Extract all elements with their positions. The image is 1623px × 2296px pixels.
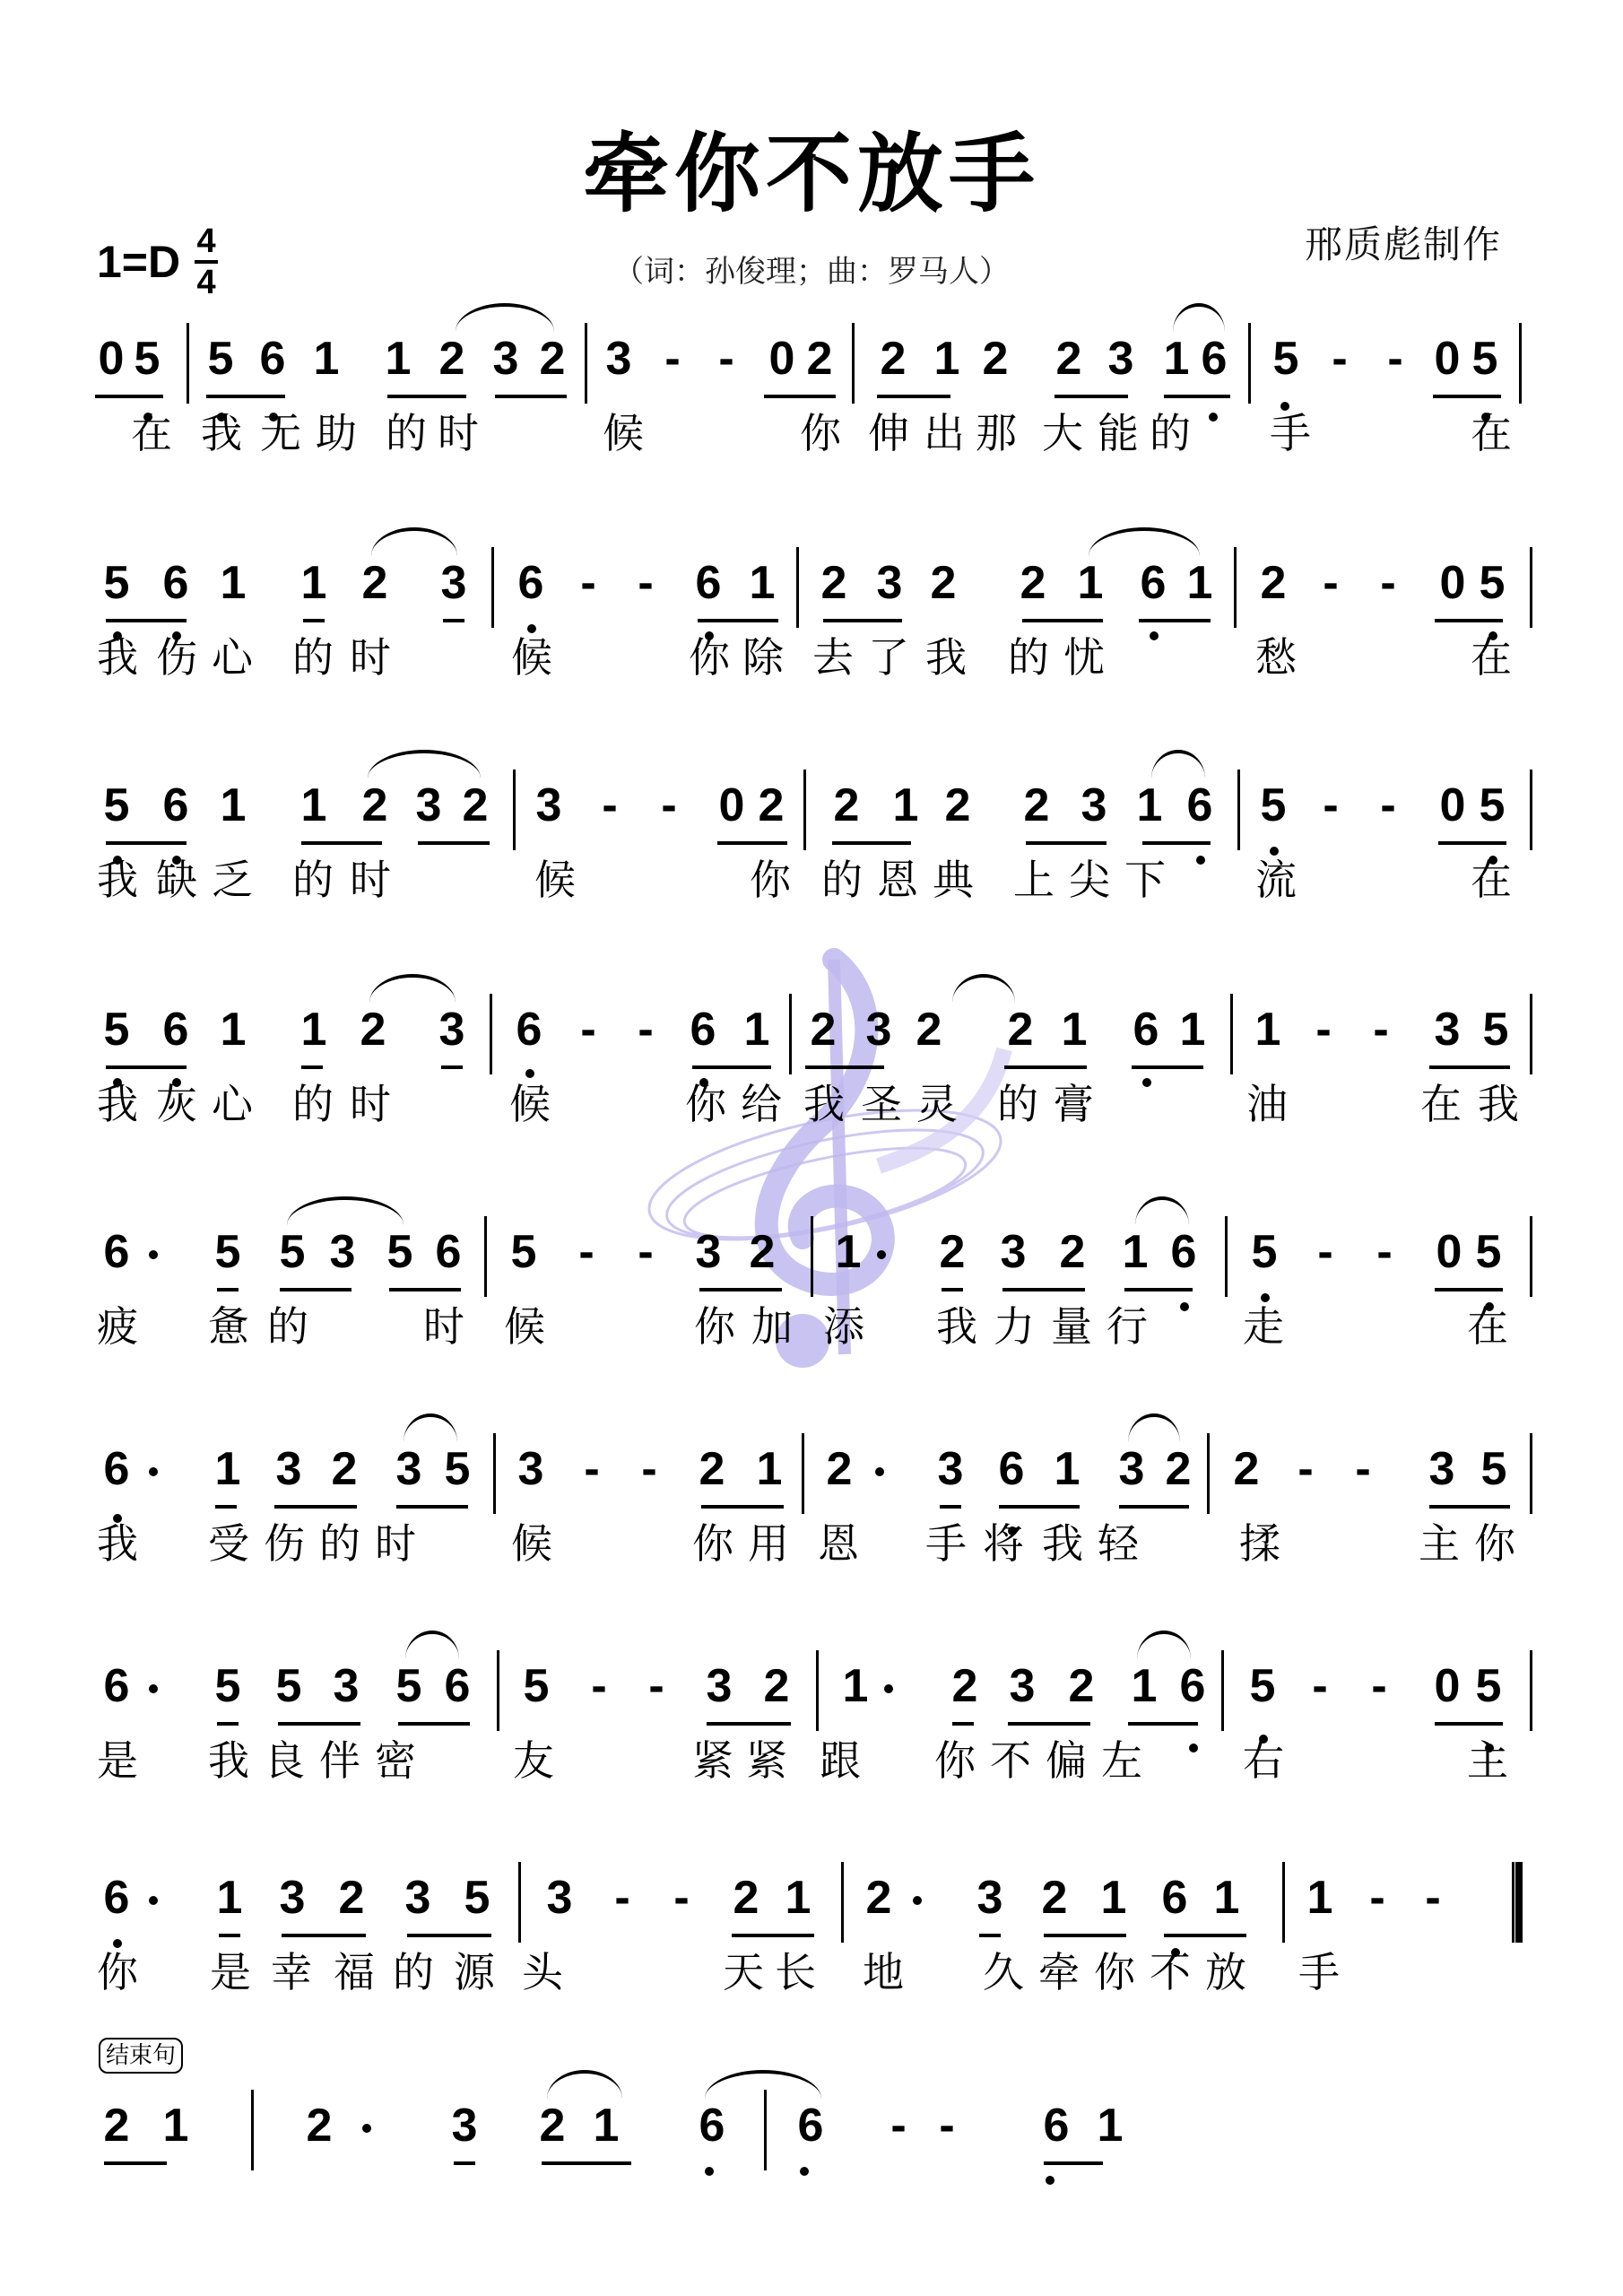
- notation-line: 6 1 32 35 3-- 21 2 3 61 32 2-- 35: [0, 1433, 1623, 1514]
- notation-line: 21 2 3 21 6 6 -- 61: [0, 2090, 1623, 2170]
- lyrics-line: 我灰心 的时候 你给我圣灵 的膏油在我: [0, 1073, 1623, 1135]
- score-row-6: 6 1 32 35 3-- 21 2 3 61 32 2-- 35 我受伤的时 …: [0, 1433, 1623, 1613]
- maker-credit: 邢质彪制作: [1305, 215, 1502, 269]
- score-row-4: 561 123 6 -- 61 232 2161 1-- 35 我灰心 的时候 …: [0, 994, 1623, 1173]
- score-row-ending: 21 2 3 21 6 6 -- 61: [0, 2090, 1623, 2269]
- lyrics-line: 是我良伴密 友紧紧 跟你不偏左右主: [0, 1729, 1623, 1792]
- notation-line: 561 123 6 -- 61 232 2161 1-- 35: [0, 994, 1623, 1074]
- score-row-1: 05 561 1232 3-- 02 212 2316 5 -- 05 在我无助…: [0, 323, 1623, 502]
- lyrics-line: 我受伤的时 候你用 恩手将我轻揉 主你: [0, 1512, 1623, 1575]
- notation-line: 6 1 32 35 3-- 21 2 3 21 61 1--: [0, 1862, 1623, 1943]
- notation-line: 05 561 1232 3-- 02 212 2316 5 -- 05: [0, 323, 1623, 404]
- lyrics-line: 我缺乏 的时候 你的恩典 上尖下流在: [0, 848, 1623, 911]
- notation-line: 6 5 53 56 5-- 32 1 2 32 16 5 -- 05: [0, 1650, 1623, 1731]
- score-row-5: 6 5 53 56 5-- 32 1 2 32 16 5 -- 05 疲惫的 时…: [0, 1216, 1623, 1396]
- final-barline: [1512, 1862, 1523, 1943]
- score-row-7: 6 5 53 56 5-- 32 1 2 32 16 5 -- 05 是我良伴密…: [0, 1650, 1623, 1830]
- notation-line: 6 5 53 56 5-- 32 1 2 32 16 5 -- 05: [0, 1216, 1623, 1297]
- score-row-3: 561 1232 3-- 02 212 2316 5 -- 05 我缺乏 的时候…: [0, 770, 1623, 949]
- lyrics-line: 你是幸福的源头 天长地 久牵你不放手: [0, 1941, 1623, 2004]
- song-title: 牵你不放手: [0, 106, 1623, 229]
- lyrics-line: 在我无助 的时候 你伸出那 大能的手在: [0, 402, 1623, 465]
- score-row-8: 6 1 32 35 3-- 21 2 3 21 61 1-- 你是幸福的源头 天…: [0, 1862, 1623, 2041]
- ending-label: 结束句: [99, 2038, 183, 2074]
- lyrics-line: 我伤心 的时候 你除去了我 的忧愁在: [0, 626, 1623, 689]
- lyrics-line: 疲惫的 时候 你加添 我力量行走在: [0, 1295, 1623, 1358]
- score-row-2: 561 123 6 -- 61 232 2161 2-- 05 我伤心 的时候 …: [0, 547, 1623, 726]
- notation-line: 561 123 6 -- 61 232 2161 2-- 05: [0, 547, 1623, 628]
- notation-line: 561 1232 3-- 02 212 2316 5 -- 05: [0, 770, 1623, 850]
